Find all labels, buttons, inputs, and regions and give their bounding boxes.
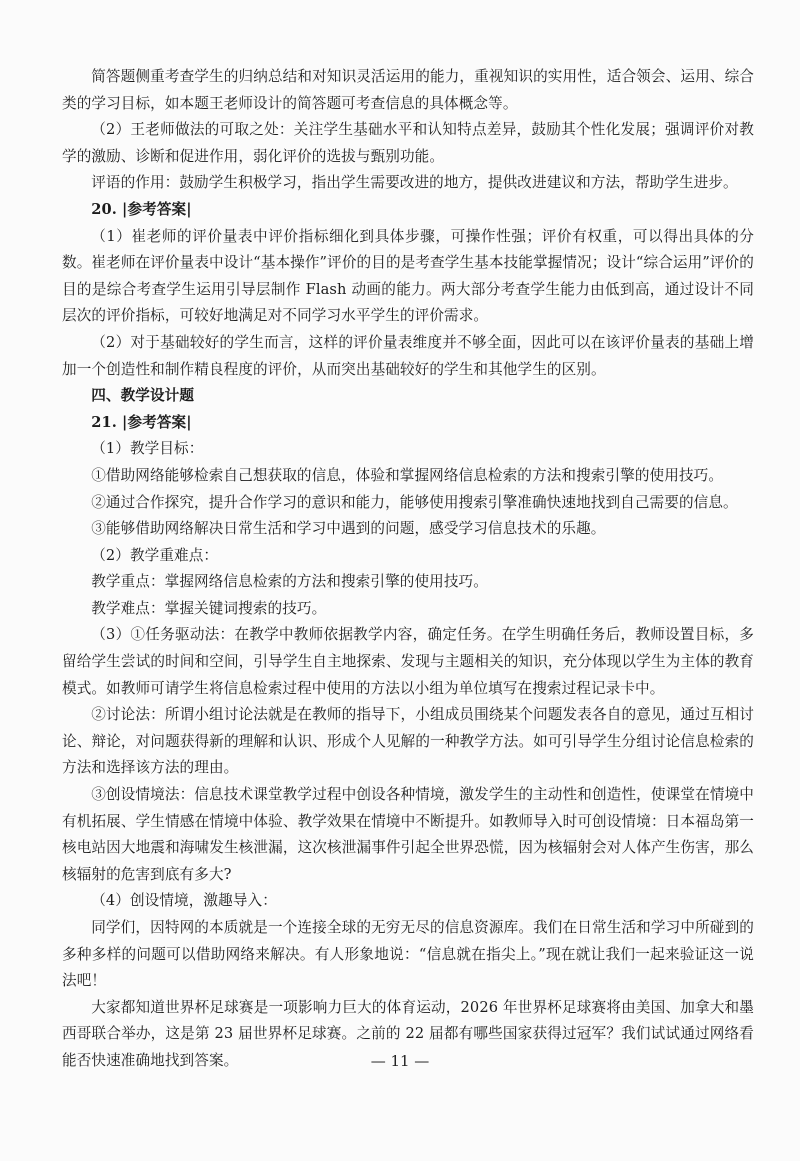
paragraph: （2）对于基础较好的学生而言，这样的评价量表维度并不够全面，因此可以在该评价量表… bbox=[62, 330, 754, 383]
section-heading: 四、教学设计题 bbox=[62, 383, 754, 410]
answer-heading-20: 20. |参考答案| bbox=[62, 197, 754, 224]
paragraph: （1）教学目标： bbox=[62, 436, 754, 463]
paragraph: （4）创设情境，激趣导入： bbox=[62, 888, 754, 915]
paragraph: 评语的作用：鼓励学生积极学习，指出学生需要改进的地方，提供改进建议和方法，帮助学… bbox=[62, 170, 754, 197]
paragraph: 简答题侧重考查学生的归纳总结和对知识灵活运用的能力，重视知识的实用性，适合领会、… bbox=[62, 64, 754, 117]
paragraph: （2）王老师做法的可取之处：关注学生基础水平和认知特点差异，鼓励其个性化发展；强… bbox=[62, 117, 754, 170]
paragraph: （1）崔老师的评价量表中评价指标细化到具体步骤，可操作性强；评价有权重，可以得出… bbox=[62, 224, 754, 330]
answer-heading-21: 21. |参考答案| bbox=[62, 410, 754, 437]
paragraph: ③创设情境法：信息技术课堂教学过程中创设各种情境，激发学生的主动性和创造性，使课… bbox=[62, 782, 754, 888]
paragraph: ②通过合作探究，提升合作学习的意识和能力，能够使用搜索引擎准确快速地找到自己需要… bbox=[62, 490, 754, 517]
paragraph: 同学们，因特网的本质就是一个连接全球的无穷无尽的信息资源库。我们在日常生活和学习… bbox=[62, 915, 754, 995]
paragraph: 教学重点：掌握网络信息检索的方法和搜索引擎的使用技巧。 bbox=[62, 569, 754, 596]
paragraph: 教学难点：掌握关键词搜索的技巧。 bbox=[62, 596, 754, 623]
document-body: 简答题侧重考查学生的归纳总结和对知识灵活运用的能力，重视知识的实用性，适合领会、… bbox=[62, 64, 754, 1075]
paragraph: （3）①任务驱动法：在教学中教师依据教学内容，确定任务。在学生明确任务后，教师设… bbox=[62, 622, 754, 702]
page-number: — 11 — bbox=[0, 1052, 800, 1070]
paragraph: （2）教学重难点： bbox=[62, 543, 754, 570]
paragraph: ②讨论法：所谓小组讨论法就是在教师的指导下，小组成员围绕某个问题发表各自的意见，… bbox=[62, 702, 754, 782]
paragraph: ③能够借助网络解决日常生活和学习中遇到的问题，感受学习信息技术的乐趣。 bbox=[62, 516, 754, 543]
paragraph: ①借助网络能够检索自己想获取的信息，体验和掌握网络信息检索的方法和搜索引擎的使用… bbox=[62, 463, 754, 490]
